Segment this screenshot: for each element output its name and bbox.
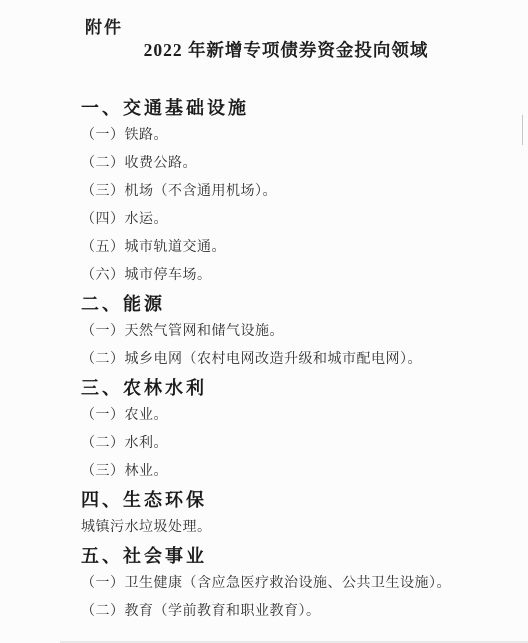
document-line: （一）农业。 bbox=[81, 402, 508, 430]
document-line: （二）教育（学前教育和职业教育）。 bbox=[81, 598, 508, 626]
section-heading: 二、能源 bbox=[81, 290, 508, 318]
section-heading: 一、交通基础设施 bbox=[81, 94, 508, 122]
document-line: （二）城乡电网（农村电网改造升级和城市配电网）。 bbox=[81, 346, 508, 374]
scanned-document-page: 附件 2022 年新增专项债券资金投向领域 一、交通基础设施（一）铁路。（二）收… bbox=[0, 0, 528, 643]
document-line: （二）水利。 bbox=[81, 430, 508, 458]
section-heading: 五、社会事业 bbox=[81, 542, 508, 570]
document-line: （一）卫生健康（含应急医疗救治设施、公共卫生设施）。 bbox=[81, 570, 508, 598]
section-heading: 四、生态环保 bbox=[81, 486, 508, 514]
document-line: （四）水运。 bbox=[81, 206, 508, 234]
document-line: （六）城市停车场。 bbox=[81, 262, 508, 290]
document-line: （一）天然气管网和储气设施。 bbox=[81, 318, 508, 346]
scan-artifact-line bbox=[522, 115, 523, 145]
attachment-label: 附件 bbox=[85, 17, 123, 39]
document-title: 2022 年新增专项债券资金投向领域 bbox=[22, 38, 528, 62]
document-line: （一）铁路。 bbox=[81, 122, 508, 150]
document-body: 一、交通基础设施（一）铁路。（二）收费公路。（三）机场（不含通用机场）。（四）水… bbox=[81, 94, 508, 626]
section-heading: 三、农林水利 bbox=[81, 374, 508, 402]
document-line: （五）城市轨道交通。 bbox=[81, 234, 508, 262]
document-line: （三）机场（不含通用机场）。 bbox=[81, 178, 508, 206]
document-line: （三）林业。 bbox=[81, 458, 508, 486]
document-line: 城镇污水垃圾处理。 bbox=[81, 514, 508, 542]
document-line: （二）收费公路。 bbox=[81, 150, 508, 178]
